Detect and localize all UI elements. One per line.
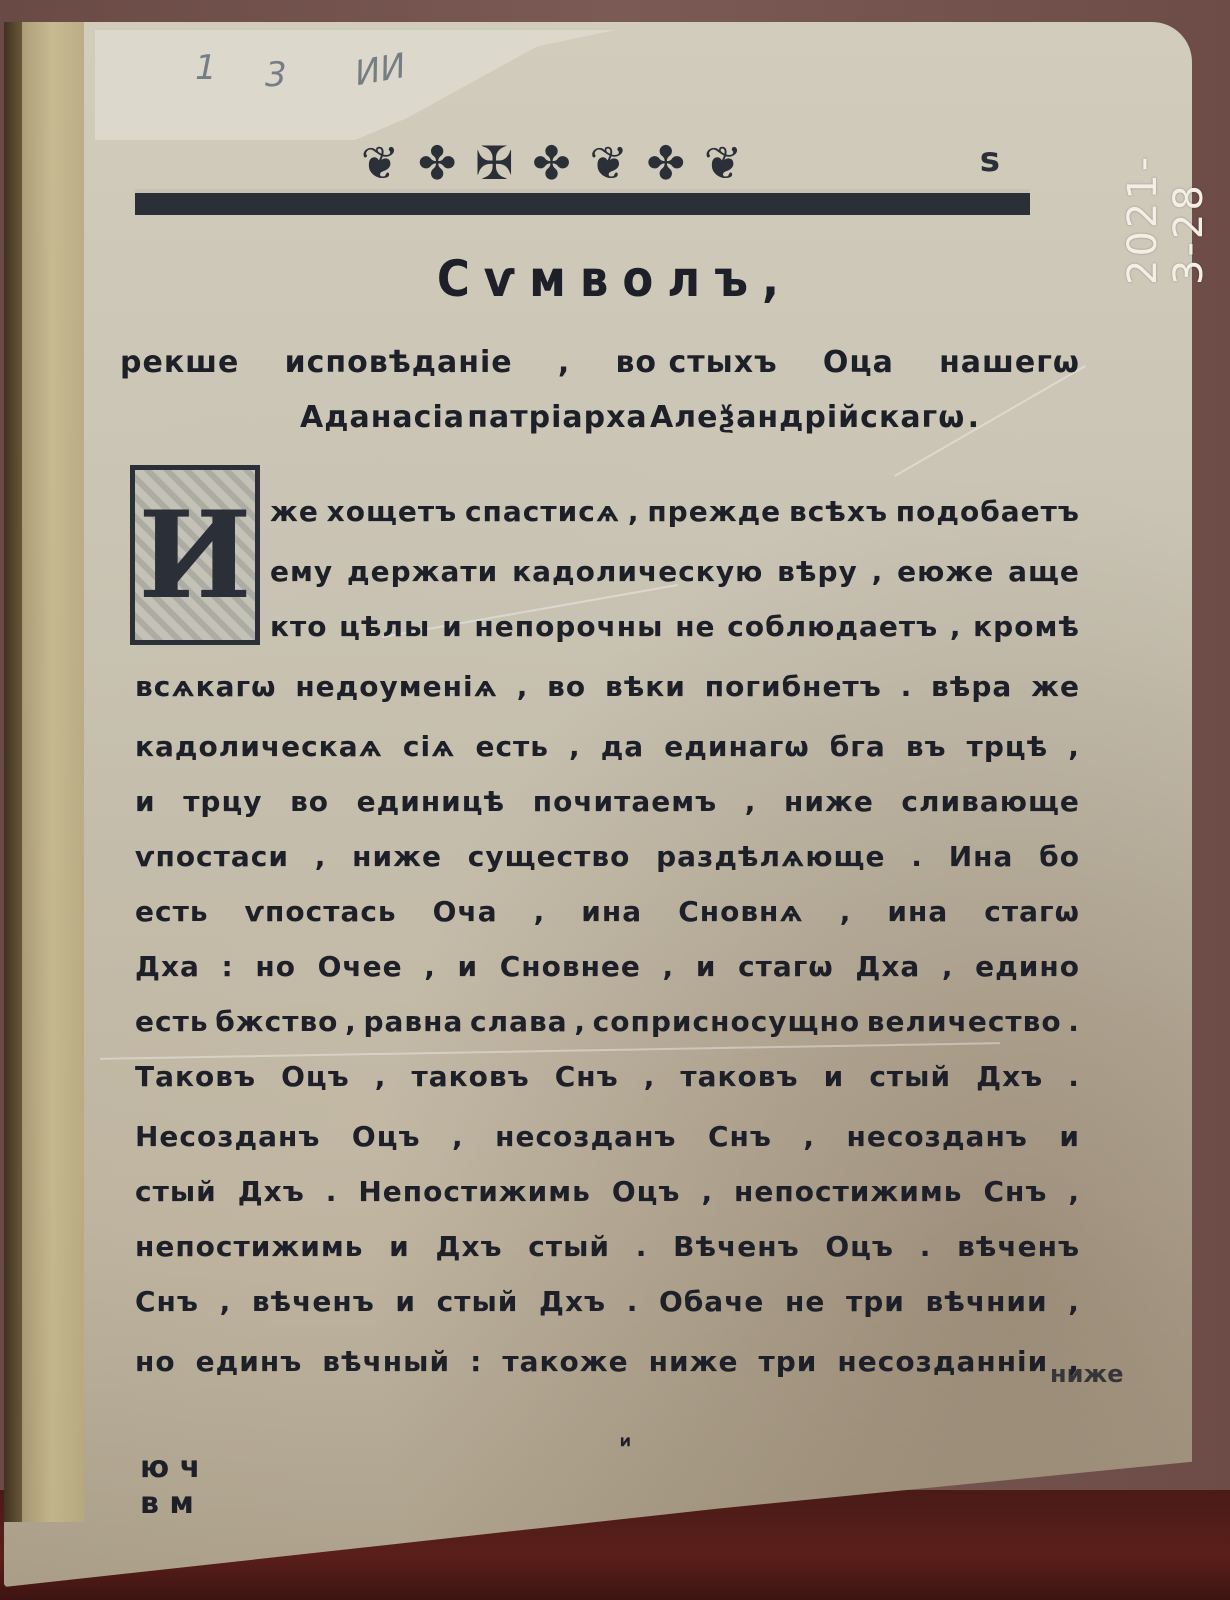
word: вѣченъ (957, 1230, 1080, 1263)
word: несозданніи (837, 1345, 1048, 1378)
word: , (345, 1005, 357, 1038)
text-line: Дха:ноОчее,иСновнее,истагѡДха,едино (135, 950, 1080, 983)
word: и (696, 950, 717, 983)
word: Оцъ (281, 1060, 350, 1093)
text-line: жехощетъспастисѧ,преждевсѣхъподобаетъ (270, 495, 1080, 528)
text-line: естьѵпостасьОча,инаСновнѧ,инастагѡ (135, 895, 1080, 928)
word: еюже (897, 555, 994, 588)
word: . (901, 670, 913, 703)
word: всѧкагѡ (135, 670, 276, 703)
word: : (470, 1345, 482, 1378)
word: стый (528, 1230, 610, 1263)
word: вѣчный (322, 1345, 450, 1378)
word: и (824, 1060, 845, 1093)
text-line: естьбжство,равнаслава,соприсносущновелич… (135, 1005, 1080, 1038)
signature-top: ю ч (140, 1450, 200, 1486)
word: Оцъ (352, 1120, 421, 1153)
word: , (1068, 730, 1080, 763)
text-line: всѧкагѡнедоуменіѧ,вовѣкипогибнетъ.вѣраже (135, 670, 1080, 703)
word: но (135, 1345, 176, 1378)
catchword: ниже (1050, 1360, 1124, 1388)
word: ѵпостась (245, 895, 397, 928)
word: но (255, 950, 296, 983)
word: Обаче (659, 1285, 764, 1318)
word: Таковъ (135, 1060, 256, 1093)
word: . (1068, 1005, 1080, 1038)
word: не (675, 610, 715, 643)
headpiece-rule (135, 189, 1030, 215)
subtitle-line-2: Аданасіа патріарха Алеѯандрійскагѡ . (300, 400, 980, 435)
word: сіѧ (403, 730, 456, 763)
word: вѣки (605, 670, 686, 703)
word: существо (468, 840, 631, 873)
word: . (911, 840, 923, 873)
word: кромѣ (973, 610, 1080, 643)
word: спастисѧ (465, 495, 620, 528)
word: держати (347, 555, 498, 588)
word: стый (869, 1060, 951, 1093)
text-line: НесозданъОцъ,несозданъСнъ,несозданъи (135, 1120, 1080, 1153)
ornamental-headpiece: ❦ ✤ ✠ ✤ ❦ ✤ ❦ ѕ (135, 120, 1030, 215)
word: , (1068, 1175, 1080, 1208)
word: , (628, 495, 640, 528)
word: и (457, 950, 478, 983)
word: ѵпостаси (135, 840, 289, 873)
page-title: Сѵмволъ, (0, 250, 1230, 308)
word: и (135, 785, 156, 818)
word: Снъ (983, 1175, 1047, 1208)
text-line: кадолическаѧсіѧесть,даединагѡбгавътрцѣ, (135, 730, 1080, 763)
word: подобаетъ (896, 495, 1080, 528)
word: непостижимь (734, 1175, 962, 1208)
word: Дхъ (436, 1230, 503, 1263)
word: Ина (949, 840, 1014, 873)
word: трцу (183, 785, 262, 818)
text-line: ктоцѣлыинепорочнынесоблюдаетъ,кромѣ (270, 610, 1080, 643)
photo-datestamp: 2021-3-28 (1120, 154, 1212, 285)
word: , (803, 1120, 815, 1153)
word: Очее (318, 950, 403, 983)
word: прежде (647, 495, 781, 528)
word: бга (830, 730, 886, 763)
pencil-note-2: 3 (265, 55, 287, 95)
subtitle-word: патріарха (467, 400, 647, 435)
subtitle-word: исповѣданіе (285, 345, 513, 380)
text-line: ѵпостаси,нижесуществораздѣлѧюще.Инабо (135, 840, 1080, 873)
word: три (846, 1285, 905, 1318)
subtitle-word: во стыхъ (615, 345, 777, 380)
word: , (534, 895, 546, 928)
word: Снъ (555, 1060, 619, 1093)
word: непорочны (474, 610, 663, 643)
word: три (758, 1345, 817, 1378)
word: во (290, 785, 329, 818)
text-line: ТаковъОцъ,таковъСнъ,таковъистыйДхъ. (135, 1060, 1080, 1093)
word: ина (887, 895, 948, 928)
word: стый (135, 1175, 217, 1208)
word: , (872, 555, 884, 588)
word: всѣхъ (789, 495, 888, 528)
word: цѣлы (339, 610, 430, 643)
word: аще (1008, 555, 1080, 588)
subtitle-word: рекше (120, 345, 239, 380)
word: вѣчнии (926, 1285, 1048, 1318)
subtitle-word: нашегѡ (939, 345, 1080, 380)
word: вѣру (777, 555, 858, 588)
word: есть (135, 1005, 209, 1038)
word: да (601, 730, 645, 763)
word: Несозданъ (135, 1120, 320, 1153)
gathering-signature: ю ч в м (140, 1450, 200, 1522)
word: погибнетъ (705, 670, 882, 703)
pencil-note-1: 1 (195, 48, 217, 88)
word: , (315, 840, 327, 873)
word: Оцъ (612, 1175, 681, 1208)
word: Снъ (708, 1120, 772, 1153)
word: Оча (433, 895, 498, 928)
word: таковъ (680, 1060, 798, 1093)
word: , (574, 1005, 586, 1038)
word: Дхъ (238, 1175, 305, 1208)
word: Вѣченъ (673, 1230, 800, 1263)
word: Сновнѧ (678, 895, 804, 928)
text-line: Снъ,вѣченъистыйДхъ.Обаченетривѣчнии, (135, 1285, 1080, 1318)
word: едино (975, 950, 1080, 983)
word: почитаемъ (533, 785, 717, 818)
subtitle-word: . (968, 400, 980, 435)
word: , (1068, 1285, 1080, 1318)
subtitle-word: Алеѯандрійскагѡ (650, 400, 965, 435)
word: раздѣлѧюще (656, 840, 885, 873)
word: трцѣ (967, 730, 1049, 763)
subtitle-line-1: рекше исповѣданіе , во стыхъ Оца нашегѡ (120, 345, 1080, 380)
word: Дхъ (976, 1060, 1043, 1093)
subtitle-word: Аданасіа (300, 400, 465, 435)
word: Дха (135, 950, 200, 983)
word: , (701, 1175, 713, 1208)
word: и (395, 1285, 416, 1318)
word: ниже (352, 840, 442, 873)
word: во (547, 670, 586, 703)
word: : (222, 950, 234, 983)
word: ниже (784, 785, 874, 818)
word: , (220, 1285, 232, 1318)
word: Снъ (135, 1285, 199, 1318)
word: , (745, 785, 757, 818)
word: , (950, 610, 962, 643)
word: несозданъ (847, 1120, 1028, 1153)
word: стагѡ (984, 895, 1080, 928)
word: единицѣ (357, 785, 506, 818)
word: кадолическую (512, 555, 763, 588)
word: бжство (215, 1005, 338, 1038)
word: въ (906, 730, 947, 763)
word: , (644, 1060, 656, 1093)
word: сливающе (901, 785, 1080, 818)
word: Оцъ (825, 1230, 894, 1263)
word: , (569, 730, 581, 763)
word: ему (270, 555, 333, 588)
word: Дхъ (539, 1285, 606, 1318)
word: , (517, 670, 529, 703)
word: вѣра (931, 670, 1012, 703)
decorated-initial: И (130, 465, 260, 645)
word: стагѡ (738, 950, 834, 983)
word: и (389, 1230, 410, 1263)
word: , (452, 1120, 464, 1153)
text-line: ноединъвѣчный:такоженижетринесозданніи, (135, 1345, 1080, 1378)
word: есть (475, 730, 549, 763)
text-line: емудержатикадолическуювѣру,еюжеаще (270, 555, 1080, 588)
text-line: непостижимьиДхъстый.ВѣченъОцъ.вѣченъ (135, 1230, 1080, 1263)
word: величество (867, 1005, 1062, 1038)
floral-ornament-icon: ❦ ✤ ✠ ✤ ❦ ✤ ❦ (155, 130, 950, 190)
word: стый (437, 1285, 519, 1318)
word: Дха (855, 950, 920, 983)
word: такоже (502, 1345, 628, 1378)
word: единагѡ (664, 730, 809, 763)
folio-number: ѕ (980, 140, 1000, 180)
word: же (270, 495, 319, 528)
subtitle-word: Оца (823, 345, 894, 380)
word: ниже (649, 1345, 739, 1378)
word: равна (363, 1005, 463, 1038)
word: соприсносущно (593, 1005, 860, 1038)
word: . (636, 1230, 648, 1263)
word: хощетъ (327, 495, 458, 528)
word: , (840, 895, 852, 928)
word: бо (1039, 840, 1080, 873)
word: единъ (196, 1345, 303, 1378)
word: вѣченъ (252, 1285, 375, 1318)
subtitle-word: , (558, 345, 570, 380)
word: , (375, 1060, 387, 1093)
word: не (785, 1285, 825, 1318)
word: , (424, 950, 436, 983)
word: таковъ (411, 1060, 529, 1093)
text-line: стыйДхъ.НепостижимьОцъ,непостижимьСнъ, (135, 1175, 1080, 1208)
book-spine-edge (4, 22, 22, 1522)
word: Непостижимь (358, 1175, 591, 1208)
word: несозданъ (495, 1120, 676, 1153)
word: . (1068, 1060, 1080, 1093)
word: . (326, 1175, 338, 1208)
word: же (1031, 670, 1080, 703)
word: недоуменіѧ (295, 670, 498, 703)
word: Сновнее (500, 950, 641, 983)
word: ина (581, 895, 642, 928)
word: и (442, 610, 463, 643)
text-line: итрцувоединицѣпочитаемъ,нижесливающе (135, 785, 1080, 818)
word: и (1059, 1120, 1080, 1153)
signature-bottom: в м (140, 1486, 200, 1522)
word: . (627, 1285, 639, 1318)
word: . (920, 1230, 932, 1263)
word: слава (470, 1005, 568, 1038)
word: кто (270, 610, 327, 643)
word: соблюдаетъ (727, 610, 938, 643)
word: кадолическаѧ (135, 730, 383, 763)
word: , (663, 950, 675, 983)
word: есть (135, 895, 209, 928)
word: непостижимь (135, 1230, 363, 1263)
word: , (942, 950, 954, 983)
